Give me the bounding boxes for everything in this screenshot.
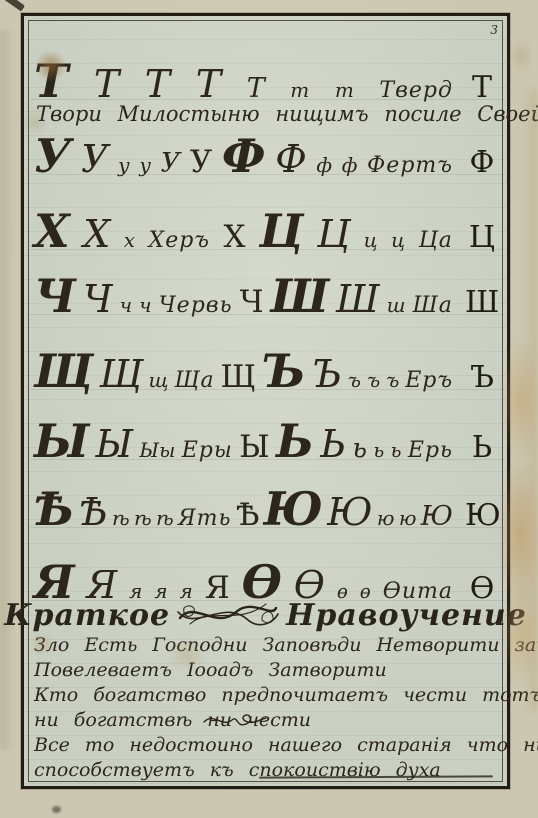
calligraphic-flourish-icon [176,596,280,634]
script-letter: Ять [178,508,232,530]
script-letter: Ъ [312,355,342,393]
script-letter: ц [364,230,378,250]
script-letter: ю [377,508,395,528]
script-letter: Фертъ [367,155,453,177]
script-letter: Ша [413,295,453,317]
binding-shadow [0,30,13,750]
script-letter: Ю [421,503,453,530]
print-letter: Ю [465,501,499,531]
script-letter: ч [120,295,132,315]
script-letter: Ерь [408,440,453,462]
script-letter: ю [399,508,417,528]
script-letter-group: ѢѢѣѣѣЯтьѢЮЮююЮ [34,486,453,532]
script-letter: ѣ [112,508,130,528]
alphabet-row-u-fert: УУууУУФФффФертъ Ф [34,133,499,179]
script-letter: х [124,230,135,250]
script-letter: Ю [264,486,323,532]
section-heading: Краткое Нравоучение [24,596,507,634]
paper-stain [514,34,530,78]
alphabet-row-yery-yer-soft: ЫЫЫыЕрыЫЬЬьььЕрь Ь [34,418,499,464]
alphabet-row-yat-yu: ѢѢѣѣѣЯтьѢЮЮююЮ Ю [34,486,499,532]
script-letter: Ц [317,215,350,253]
page-frame: 3 ТТТТТттТверд Т УУууУУФФффФертъ Ф ХХхХе… [21,13,510,789]
scanned-copybook-page: 3 ТТТТТттТверд Т УУууУУФФффФертъ Ф ХХхХе… [0,0,538,818]
script-letter: у [118,155,130,175]
script-letter: Ы [34,418,89,464]
script-letter-group: ЫЫЫыЕрыЫЬЬьььЕрь [34,418,453,464]
script-letter: ь [373,440,384,460]
script-letter: Ф [275,140,307,178]
page-number: 3 [490,23,498,37]
script-letter: У [190,147,212,178]
script-letter: Червь [159,295,233,317]
script-letter: у [139,155,151,175]
print-letter: Ъ [465,363,499,393]
script-letter: У [161,150,181,177]
script-letter: Ѣ [79,493,108,531]
corner-mark [0,0,25,12]
script-letter: Херъ [149,230,210,252]
alphabet-row-cherv-sha: ЧЧччЧервьЧШШшШа Ш [34,273,499,319]
script-letter: Щ [34,348,93,394]
script-letter: Ч [34,273,76,319]
script-letter: ф [316,155,332,175]
script-letter: Т [145,65,170,103]
print-letter: Ш [465,288,499,318]
print-letter: Т [465,73,499,103]
script-letter: Тверд [379,80,453,102]
script-letter: Ч [83,280,112,318]
script-letter: ъ [367,370,380,390]
paper-speck [52,806,61,813]
script-letter: Щ [221,362,256,393]
alphabet-row-tverdo: ТТТТТттТверд Т [34,58,499,104]
script-letter: Ца [419,230,453,252]
practice-sentence: Твори Милостыню нищимъ посиле Своей [36,102,538,126]
script-letter: Ъ [262,348,306,394]
script-letter: Ш [271,273,329,319]
script-letter: Ь [276,418,314,464]
script-letter: Х [83,215,110,253]
heading-word-right: Нравоучение [286,598,527,633]
script-letter: ѣ [134,508,152,528]
script-letter: ь [352,435,367,462]
script-letter-group: ЧЧччЧервьЧШШшШа [34,273,453,319]
script-letter: Ч [240,287,264,318]
script-letter: Т [196,65,221,103]
script-letter: Х [223,222,245,253]
script-letter: Ѣ [34,486,75,532]
script-letter: Ц [259,208,303,254]
script-letter: ф [342,155,358,175]
script-letter: Ѣ [236,500,260,531]
script-letter: Еръ [405,370,453,392]
print-letter: Ь [465,433,499,463]
script-letter: Т [34,58,68,104]
moral-line: Зло Есть Господни Заповѣди Нетворити зач… [34,633,493,658]
script-letter: ч [139,295,151,315]
alphabet-row-kher-tse: ХХхХеръХЦЦццЦа Ц [34,208,499,254]
script-letter-group: ТТТТТттТверд [34,58,453,104]
script-letter: Щ [99,355,142,393]
script-letter: У [34,133,71,179]
script-letter: ш [387,295,406,315]
script-letter: Ф [222,133,266,179]
script-letter: Еры [182,440,233,462]
script-letter: Ыы [139,440,175,460]
script-letter: ь [391,440,402,460]
moral-line: Все то недостоино нашего старанія что ни… [34,733,493,758]
script-letter: Ща [174,370,214,392]
script-letter: Т [94,65,119,103]
print-letter: Ц [465,223,499,253]
script-letter: щ [149,370,169,390]
alphabet-row-shcha-yer: ЩЩщЩаЩЪЪъъъЕръ Ъ [34,348,499,394]
script-letter: т [335,80,354,100]
script-letter: ц [391,230,405,250]
script-letter: Ю [327,493,372,531]
moral-line: Повелеваетъ Іооадъ Затворити [34,658,493,683]
script-letter: ѣ [156,508,174,528]
script-letter: Х [34,208,70,254]
script-letter: Т [247,75,265,102]
script-letter: Ш [336,280,379,318]
moral-line: способствуетъ къ спокоиствію духа [34,758,493,783]
script-letter-group: ЩЩщЩаЩЪЪъъъЕръ [34,348,453,394]
script-letter: т [290,80,309,100]
script-letter: Ы [96,425,133,463]
script-letter: У [81,140,108,178]
script-letter: Ы [239,432,270,463]
script-letter: ъ [386,370,399,390]
moral-line: Кто богатство предпочитаетъ чести тотъ н… [34,683,493,708]
heading-word-left: Краткое [4,598,170,633]
script-letter: Ь [320,425,346,463]
script-letter-group: ХХхХеръХЦЦццЦа [34,208,453,254]
line-end-flourish-icon [202,710,268,732]
moral-text: Зло Есть Господни Заповѣди Нетворити зач… [34,633,493,783]
script-letter: ъ [348,370,361,390]
print-letter: Ф [465,148,499,178]
script-letter-group: УУууУУФФффФертъ [34,133,453,179]
